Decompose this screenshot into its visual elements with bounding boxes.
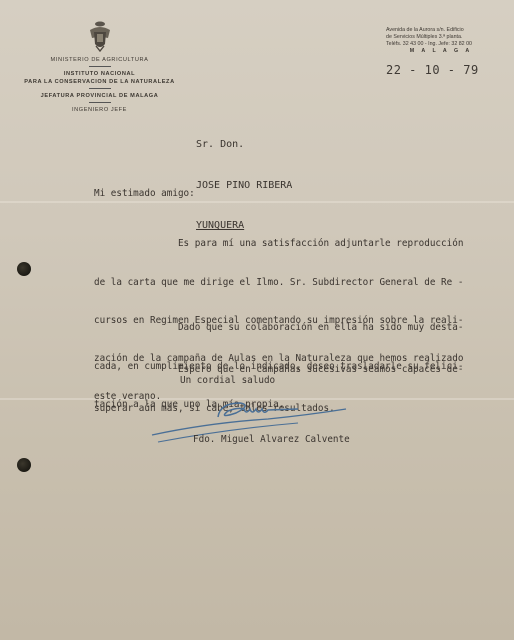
office-title: Ingeniero Jefe xyxy=(12,106,187,114)
letterhead: Ministerio de Agricultura Instituto Naci… xyxy=(12,20,187,114)
address-line: de Servicios Múltiples 3.ª planta. xyxy=(386,34,510,41)
divider xyxy=(89,88,111,89)
institute-name: Instituto Nacional xyxy=(12,70,187,78)
text-line: Es para mí una satisfacción adjuntarle r… xyxy=(94,238,463,251)
coat-of-arms-icon xyxy=(87,20,113,52)
address-phones: Teléfs. 32 43 00 - Ing. Jefe: 32 82 00 xyxy=(386,41,510,48)
closing-line: Un cordial saludo xyxy=(180,375,275,388)
address-city: M A L A G A xyxy=(386,48,510,55)
punch-hole xyxy=(17,458,31,472)
salutation: Mi estimado amigo: xyxy=(94,188,195,201)
recipient-honorific: Sr. Don. xyxy=(196,138,292,152)
address-line: Avenida de la Aurora s/n. Edificio xyxy=(386,27,510,34)
institute-name-line2: para la Conservacion de la Naturaleza xyxy=(12,78,187,86)
signatory-name: Fdo. Miguel Alvarez Calvente xyxy=(193,434,350,447)
punch-hole xyxy=(17,262,31,276)
text-line: Espero que en campañas sucesivas seamos … xyxy=(94,364,463,377)
divider xyxy=(89,66,111,67)
sender-address: Avenida de la Aurora s/n. Edificio de Se… xyxy=(386,27,510,55)
office-name: Jefatura Provincial de Malaga xyxy=(12,92,187,100)
text-line: Dado que su colaboración en ella ha sido… xyxy=(94,322,463,335)
letter-date: 22 - 10 - 79 xyxy=(386,63,479,77)
ministry-name: Ministerio de Agricultura xyxy=(12,56,187,64)
text-line: de la carta que me dirige el Ilmo. Sr. S… xyxy=(94,277,463,290)
divider xyxy=(89,102,111,103)
recipient-name: JOSE PINO RIBERA xyxy=(196,179,292,193)
